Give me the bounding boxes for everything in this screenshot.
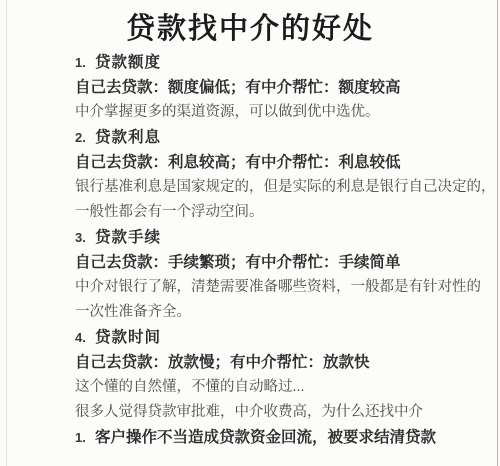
section-3-title: 贷款手续 xyxy=(95,229,161,246)
page-title: 贷款找中介的好处 xyxy=(0,0,500,45)
section-1-body-line: 中介掌握更多的渠道资源，可以做到优中选优。 xyxy=(75,105,464,120)
page-right-edge xyxy=(497,0,498,466)
section-4-body-line: 这个懂的自然懂，不懂的自动略过... xyxy=(75,380,464,395)
section-2-title: 贷款利息 xyxy=(95,129,161,146)
footnote-number: 1. xyxy=(75,430,95,445)
section-3-comparison: 自己去贷款：手续繁琐；有中介帮忙：手续简单 xyxy=(75,255,464,270)
section-4-body-line: 很多人觉得贷款审批难，中介收费高，为什么还找中介 xyxy=(75,405,464,420)
section-2-number: 2. xyxy=(75,130,95,145)
section-4-comparison: 自己去贷款：放款慢；有中介帮忙：放款快 xyxy=(75,355,464,370)
footnote-line: 1.客户操作不当造成贷款资金回流，被要求结清贷款 xyxy=(75,430,464,445)
section-4-title: 贷款时间 xyxy=(95,329,161,346)
section-1-number: 1. xyxy=(75,55,95,70)
section-2-comparison: 自己去贷款：利息较高；有中介帮忙：利息较低 xyxy=(75,155,464,170)
section-3-body-line: 一次性准备齐全。 xyxy=(75,305,464,320)
document-content: 1.贷款额度 自己去贷款：额度偏低；有中介帮忙：额度较高 中介掌握更多的渠道资源… xyxy=(0,45,500,445)
document-page: 贷款找中介的好处 1.贷款额度 自己去贷款：额度偏低；有中介帮忙：额度较高 中介… xyxy=(0,0,500,445)
section-2-body-line: 一般性都会有一个浮动空间。 xyxy=(75,205,464,220)
footnote-text: 客户操作不当造成贷款资金回流，被要求结清贷款 xyxy=(95,429,436,446)
section-3-number: 3. xyxy=(75,230,95,245)
page-left-edge xyxy=(6,0,7,466)
section-3-heading: 3.贷款手续 xyxy=(75,230,464,245)
section-1-comparison: 自己去贷款：额度偏低；有中介帮忙：额度较高 xyxy=(75,80,464,95)
section-1-heading: 1.贷款额度 xyxy=(75,55,464,70)
section-3-body-line: 中介对银行了解，清楚需要准备哪些资料，一般都是有针对性的 xyxy=(75,280,464,295)
section-1-title: 贷款额度 xyxy=(95,54,161,71)
section-2-heading: 2.贷款利息 xyxy=(75,130,464,145)
section-4-heading: 4.贷款时间 xyxy=(75,330,464,345)
section-4-number: 4. xyxy=(75,330,95,345)
section-2-body-line: 银行基准利息是国家规定的，但是实际的利息是银行自己决定的， xyxy=(75,180,464,195)
